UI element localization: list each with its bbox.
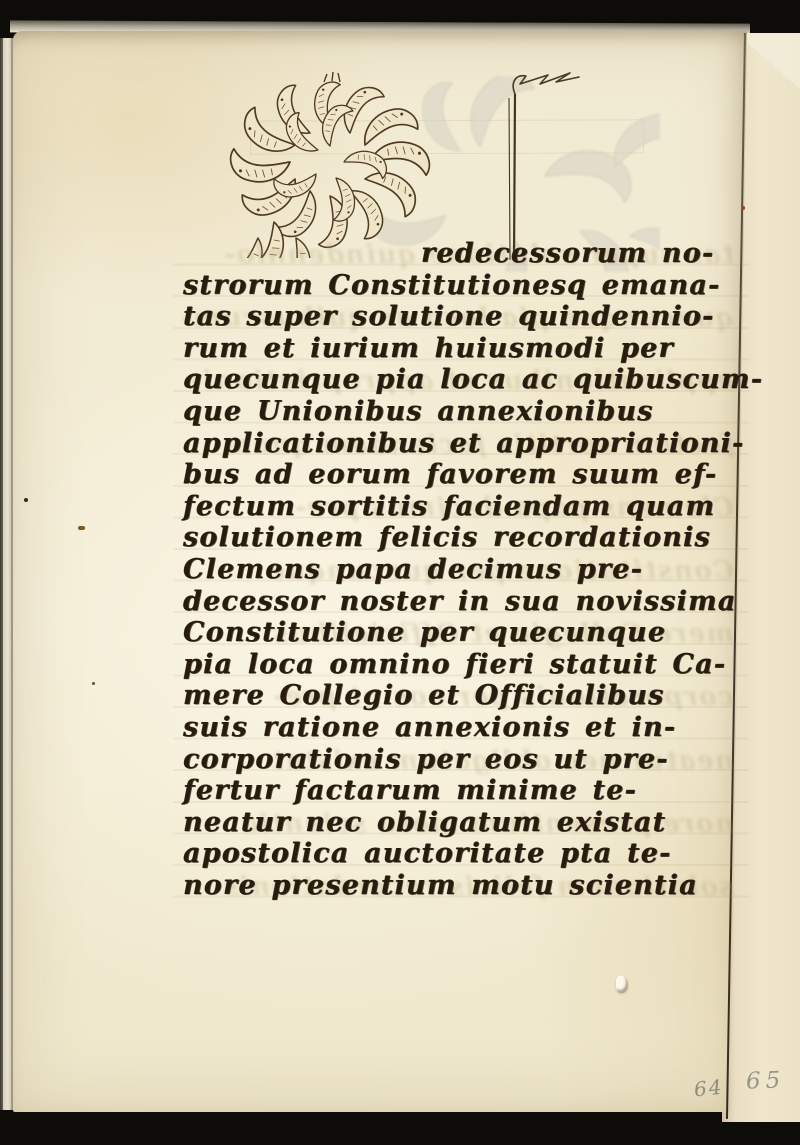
- manuscript-text-line: suis ratione annexionis et in-: [183, 712, 743, 744]
- pen-flourish: [496, 60, 606, 268]
- manuscript-text-line: Constitutione per quecunque: [183, 617, 743, 649]
- manuscript-text-line: que Unionibus annexionibus: [183, 396, 743, 428]
- manuscript-scan: tas super solutione quindennio- quecunqu…: [0, 0, 800, 1145]
- foliate-initial-decoration: [212, 72, 448, 258]
- manuscript-text-line: fectum sortitis faciendam quam: [183, 491, 743, 523]
- manuscript-text-line: solutionem felicis recordationis: [183, 522, 743, 554]
- manuscript-text-line: Clemens papa decimus pre-: [183, 554, 743, 586]
- manuscript-text-line: redecessorum no-: [183, 238, 743, 270]
- manuscript-text-line: mere Collegio et Officialibus: [183, 680, 743, 712]
- topknot-ticks: [324, 72, 340, 82]
- manuscript-text-line: bus ad eorum favorem suum ef-: [183, 459, 743, 491]
- manuscript-text-line: applicationibus et appropriationi-: [183, 428, 743, 460]
- manuscript-text-line: apostolica auctoritate pta te-: [183, 838, 743, 870]
- ink-speck: [92, 682, 95, 685]
- manuscript-text-line: tas super solutione quindennio-: [183, 301, 743, 333]
- text-block: redecessorum no- strorum Constitutionesq…: [183, 238, 743, 901]
- manuscript-text-line: decessor noster in sua novissima: [183, 586, 743, 618]
- folio-number-left: 64: [693, 1075, 725, 1102]
- ink-speck: [24, 498, 28, 502]
- manuscript-text-line: nore presentium motu scientia: [183, 870, 743, 902]
- manuscript-text-line: fertur factarum minime te-: [183, 775, 743, 807]
- book-left-edge-pages: [3, 38, 11, 1110]
- manuscript-text-line: rum et iurium huiusmodi per: [183, 333, 743, 365]
- manuscript-text-line: pia loca omnino fieri statuit Ca-: [183, 649, 743, 681]
- manuscript-text-line: neatur nec obligatum existat: [183, 807, 743, 839]
- ink-speck: [78, 526, 85, 530]
- manuscript-text-line: strorum Constitutionesq emana-: [183, 270, 743, 302]
- red-speck: [742, 206, 745, 210]
- manuscript-text-line: quecunque pia loca ac quibuscum-: [183, 364, 743, 396]
- parchment-hole: [616, 976, 628, 993]
- manuscript-text-line: corporationis per eos ut pre-: [183, 744, 743, 776]
- folio-number-right: 65: [746, 1067, 786, 1094]
